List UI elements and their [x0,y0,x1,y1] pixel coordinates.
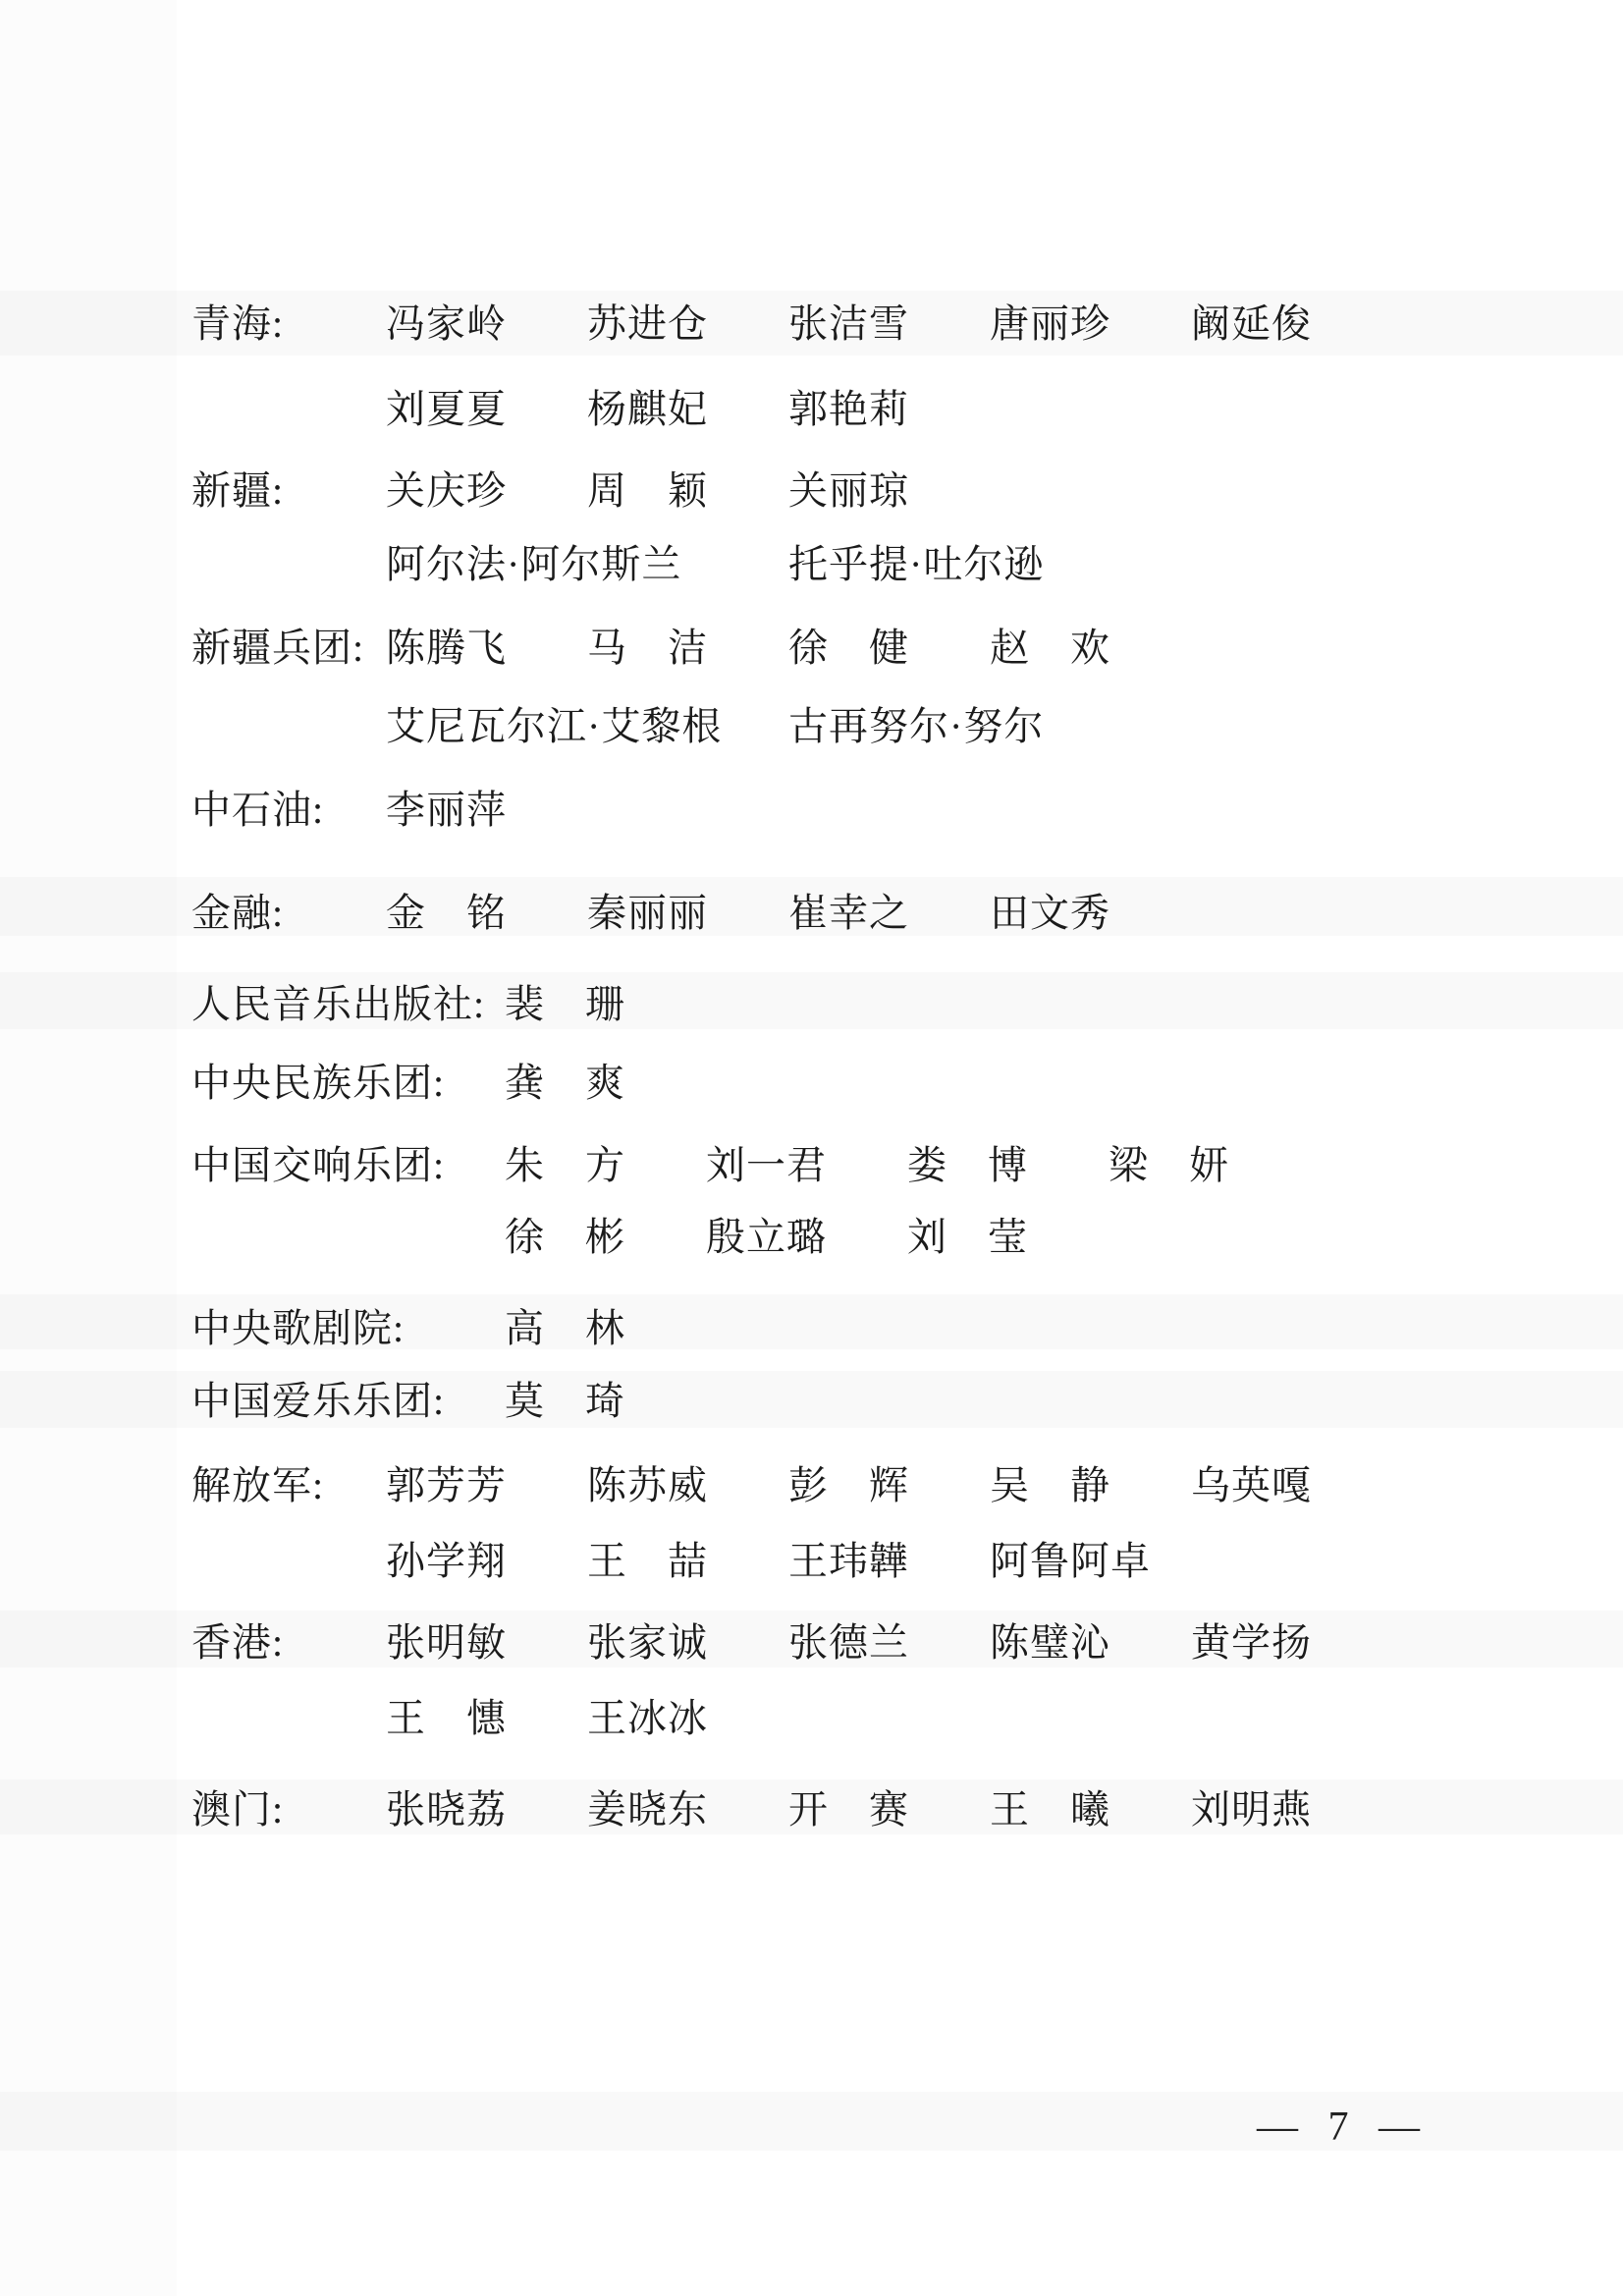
person-name: 周 颖 [587,465,788,518]
person-name: 古再努尔·努尔 [788,700,1191,753]
person-name: 关庆珍 [386,465,587,518]
page-number: — 7 — [1257,2100,1426,2155]
person-name: 张德兰 [788,1616,990,1669]
group-label: 澳门: [191,1783,284,1836]
names-row: 莫 琦 [505,1375,706,1428]
person-name: 郭芳芳 [386,1459,587,1512]
person-name: 阿鲁阿卓 [990,1535,1191,1588]
person-name: 冯家岭 [386,298,587,351]
names-row: 裴 珊 [505,978,706,1031]
person-name: 高 林 [505,1302,706,1355]
names-row: 孙学翔王 喆王玮韡阿鲁阿卓 [386,1535,1191,1588]
group-label: 新疆: [191,465,284,518]
group-label: 香港: [191,1616,284,1669]
person-name: 裴 珊 [505,978,706,1031]
person-name: 王 喆 [587,1535,788,1588]
group-line: 中央歌剧院:高 林 [0,1302,1623,1355]
person-name: 马 洁 [587,622,788,675]
group-line: 新疆兵团:陈腾飞马 洁徐 健赵 欢 [0,622,1623,675]
names-row: 关庆珍周 颖关丽琼 [386,465,990,518]
group-line: 中国交响乐团:朱 方刘一君娄 博梁 妍 [0,1139,1623,1192]
person-name: 艾尼瓦尔江·艾黎根 [386,700,788,753]
group-line: 中国爱乐乐团:莫 琦 [0,1375,1623,1428]
person-name: 徐 彬 [505,1211,706,1264]
person-name: 黄学扬 [1191,1616,1392,1669]
person-name: 王玮韡 [788,1535,990,1588]
group-label: 中石油: [191,784,324,837]
person-name: 徐 健 [788,622,990,675]
group-label: 金融: [191,887,284,940]
group-line: 澳门:张晓荔姜晓东开 赛王 曦刘明燕 [0,1783,1623,1836]
names-row: 阿尔法·阿尔斯兰托乎提·吐尔逊 [386,538,1191,591]
person-name: 阚延俊 [1191,298,1392,351]
names-row: 张明敏张家诚张德兰陈璧沁黄学扬 [386,1616,1392,1669]
person-name: 关丽琼 [788,465,990,518]
group-label: 人民音乐出版社: [191,978,485,1031]
person-name: 苏进仓 [587,298,788,351]
group-line: 青海:冯家岭苏进仓张洁雪唐丽珍阚延俊 [0,298,1623,351]
person-name: 张洁雪 [788,298,990,351]
person-name: 阿尔法·阿尔斯兰 [386,538,788,591]
names-row: 高 林 [505,1302,706,1355]
group-line: 王 憓王冰冰 [0,1692,1623,1745]
person-name: 乌英嘎 [1191,1459,1392,1512]
group-line: 香港:张明敏张家诚张德兰陈璧沁黄学扬 [0,1616,1623,1669]
group-label: 青海: [191,298,284,351]
group-label: 中国交响乐团: [191,1139,445,1192]
person-name: 吴 静 [990,1459,1191,1512]
person-name: 张明敏 [386,1616,587,1669]
person-name: 张晓荔 [386,1783,587,1836]
names-row: 张晓荔姜晓东开 赛王 曦刘明燕 [386,1783,1392,1836]
person-name: 刘一君 [706,1139,907,1192]
names-row: 朱 方刘一君娄 博梁 妍 [505,1139,1310,1192]
person-name: 李丽萍 [386,784,587,837]
group-line: 解放军:郭芳芳陈苏威彭 辉吴 静乌英嘎 [0,1459,1623,1512]
group-line: 人民音乐出版社:裴 珊 [0,978,1623,1031]
person-name: 崔幸之 [788,887,990,940]
person-name: 金 铭 [386,887,587,940]
group-line: 徐 彬殷立璐刘 莹 [0,1211,1623,1264]
person-name: 王冰冰 [587,1692,788,1745]
person-name: 刘夏夏 [386,383,587,436]
names-row: 金 铭秦丽丽崔幸之田文秀 [386,887,1191,940]
names-row: 郭芳芳陈苏威彭 辉吴 静乌英嘎 [386,1459,1392,1512]
person-name: 朱 方 [505,1139,706,1192]
person-name: 陈苏威 [587,1459,788,1512]
person-name: 殷立璐 [706,1211,907,1264]
person-name: 赵 欢 [990,622,1191,675]
group-line: 中央民族乐团:龚 爽 [0,1057,1623,1110]
person-name: 田文秀 [990,887,1191,940]
document-page: 青海:冯家岭苏进仓张洁雪唐丽珍阚延俊刘夏夏杨麒妃郭艳莉新疆:关庆珍周 颖关丽琼阿… [0,0,1623,2296]
group-label: 解放军: [191,1459,324,1512]
person-name: 王 曦 [990,1783,1191,1836]
group-label: 新疆兵团: [191,622,364,675]
person-name: 梁 妍 [1109,1139,1310,1192]
names-row: 李丽萍 [386,784,587,837]
person-name: 王 憓 [386,1692,587,1745]
person-name: 秦丽丽 [587,887,788,940]
person-name: 孙学翔 [386,1535,587,1588]
group-line: 孙学翔王 喆王玮韡阿鲁阿卓 [0,1535,1623,1588]
person-name: 刘 莹 [907,1211,1109,1264]
person-name: 郭艳莉 [788,383,990,436]
group-line: 阿尔法·阿尔斯兰托乎提·吐尔逊 [0,538,1623,591]
person-name: 托乎提·吐尔逊 [788,538,1191,591]
person-name: 开 赛 [788,1783,990,1836]
group-line: 艾尼瓦尔江·艾黎根古再努尔·努尔 [0,700,1623,753]
names-row: 刘夏夏杨麒妃郭艳莉 [386,383,990,436]
person-name: 杨麒妃 [587,383,788,436]
group-line: 金融:金 铭秦丽丽崔幸之田文秀 [0,887,1623,940]
names-row: 冯家岭苏进仓张洁雪唐丽珍阚延俊 [386,298,1392,351]
person-name: 姜晓东 [587,1783,788,1836]
person-name: 陈璧沁 [990,1616,1191,1669]
person-name: 陈腾飞 [386,622,587,675]
names-row: 徐 彬殷立璐刘 莹 [505,1211,1109,1264]
person-name: 刘明燕 [1191,1783,1392,1836]
group-line: 中石油:李丽萍 [0,784,1623,837]
group-label: 中国爱乐乐团: [191,1375,445,1428]
group-line: 刘夏夏杨麒妃郭艳莉 [0,383,1623,436]
group-label: 中央歌剧院: [191,1302,405,1355]
group-label: 中央民族乐团: [191,1057,445,1110]
names-row: 艾尼瓦尔江·艾黎根古再努尔·努尔 [386,700,1191,753]
names-row: 王 憓王冰冰 [386,1692,788,1745]
person-name: 龚 爽 [505,1057,706,1110]
person-name: 娄 博 [907,1139,1109,1192]
names-row: 陈腾飞马 洁徐 健赵 欢 [386,622,1191,675]
person-name: 莫 琦 [505,1375,706,1428]
person-name: 张家诚 [587,1616,788,1669]
names-row: 龚 爽 [505,1057,706,1110]
person-name: 彭 辉 [788,1459,990,1512]
group-line: 新疆:关庆珍周 颖关丽琼 [0,465,1623,518]
person-name: 唐丽珍 [990,298,1191,351]
